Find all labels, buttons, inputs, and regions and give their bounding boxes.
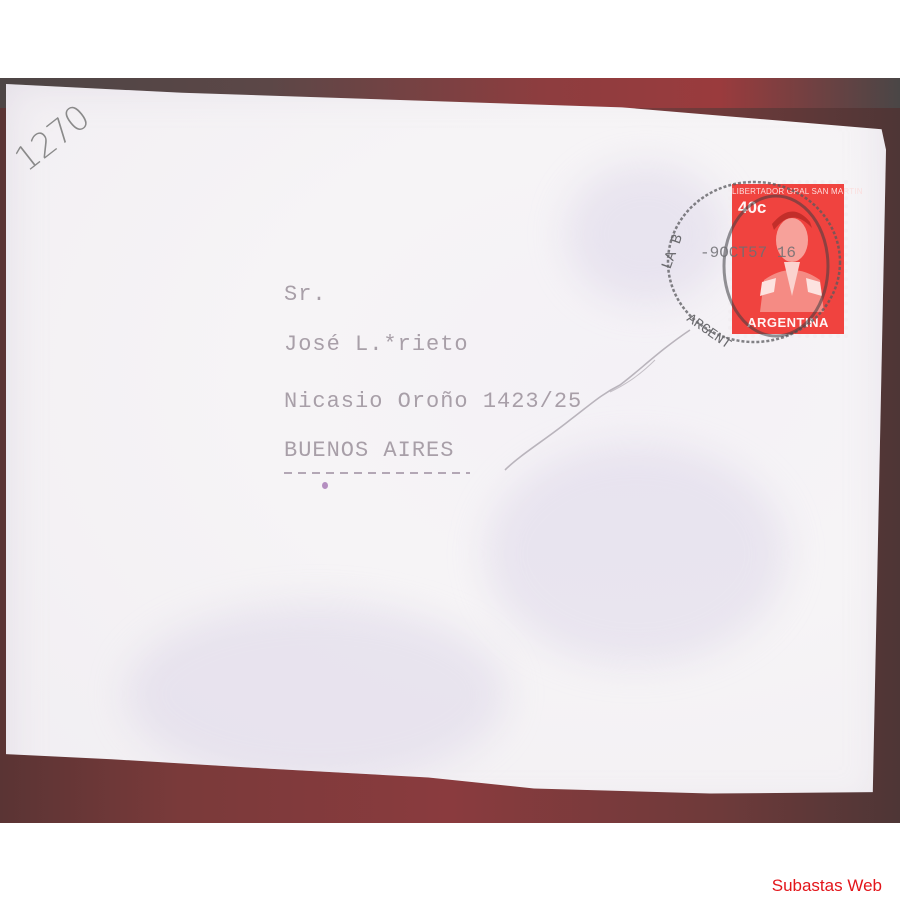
ink-spot: [322, 482, 328, 489]
paper-stain: [126, 604, 506, 784]
address-name: José L.*rieto: [284, 332, 469, 357]
watermark-logo: Subastas Web: [772, 876, 882, 896]
paper-stain: [486, 444, 786, 664]
paper-stain: [566, 164, 726, 304]
stamp-country: ARGENTINA: [732, 315, 844, 330]
address-salutation: Sr.: [284, 282, 327, 307]
stamp-caption: LIBERTADOR GRAL SAN MARTIN: [732, 187, 844, 196]
postmark-date: -9OCT57 16: [700, 244, 796, 262]
address-city: BUENOS AIRES: [284, 438, 454, 463]
address-street: Nicasio Oroño 1423/25: [284, 389, 582, 414]
city-underline: [284, 472, 470, 474]
